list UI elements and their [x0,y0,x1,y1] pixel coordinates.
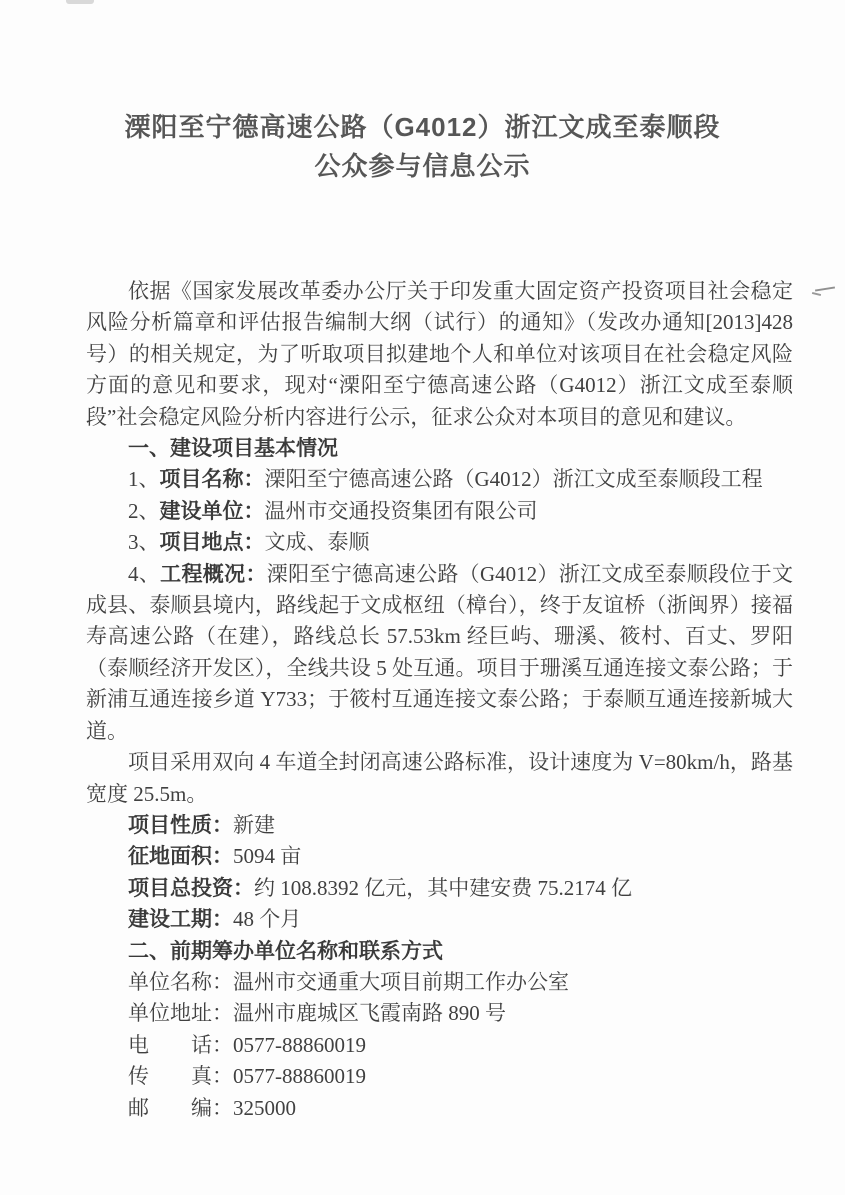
intro-paragraph: 依据《国家发展改革委办公厅关于印发重大固定资产投资项目社会稳定风险分析篇章和评估… [86,276,793,433]
document-body: 依据《国家发展改革委办公厅关于印发重大固定资产投资项目社会稳定风险分析篇章和评估… [86,276,793,1124]
fact-total-investment: 项目总投资：约 108.8392 亿元，其中建安费 75.2174 亿 [86,873,793,904]
item-project-name: 1、项目名称：溧阳至宁德高速公路（G4012）浙江文成至泰顺段工程 [86,464,793,495]
contact-label: 传 真： [128,1064,233,1088]
fact-construction-period: 建设工期：48 个月 [86,904,793,935]
item-number: 3、 [128,530,160,554]
contact-value: 0577-88860019 [233,1033,366,1057]
section1-heading: 一、建设项目基本情况 [86,433,793,464]
contact-postcode: 邮 编：325000 [86,1093,793,1124]
fact-label: 建设工期： [128,908,233,931]
item-number: 2、 [128,499,160,523]
fact-value: 5094 亩 [233,844,301,868]
section2-heading: 二、前期筹办单位名称和联系方式 [86,936,793,967]
fact-project-nature: 项目性质：新建 [86,810,793,841]
item-project-overview: 4、工程概况：溧阳至宁德高速公路（G4012）浙江文成至泰顺段位于文成县、泰顺县… [86,559,793,747]
contact-phone: 电 话：0577-88860019 [86,1030,793,1061]
contact-label: 单位名称： [128,970,233,994]
scan-artifact-stroke [815,286,835,291]
item-label: 建设单位： [160,500,265,523]
fact-land-area: 征地面积：5094 亩 [86,841,793,872]
contact-unit-address: 单位地址：温州市鹿城区飞霞南路 890 号 [86,998,793,1029]
fact-value: 48 个月 [233,907,301,931]
document-title: 溧阳至宁德高速公路（G4012）浙江文成至泰顺段 公众参与信息公示 [0,108,845,186]
contact-label: 电 话： [128,1033,233,1057]
contact-label: 邮 编： [128,1096,233,1120]
contact-label: 单位地址： [128,1001,233,1025]
contact-value: 温州市交通重大项目前期工作办公室 [233,970,569,994]
item-value: 溧阳至宁德高速公路（G4012）浙江文成至泰顺段位于文成县、泰顺县境内，路线起于… [86,562,793,743]
scan-smudge-top [66,0,94,4]
contact-value: 325000 [233,1096,296,1120]
item-value: 溧阳至宁德高速公路（G4012）浙江文成至泰顺段工程 [265,467,763,491]
item-label: 项目地点： [160,531,265,554]
document-title-line-1: 溧阳至宁德高速公路（G4012）浙江文成至泰顺段 [0,108,845,147]
contact-value: 0577-88860019 [233,1064,366,1088]
item-label: 工程概况： [160,563,267,586]
item-label: 项目名称： [160,468,265,491]
scan-artifact [812,285,838,297]
contact-value: 温州市鹿城区飞霞南路 890 号 [233,1001,506,1025]
item-construction-unit: 2、建设单位：温州市交通投资集团有限公司 [86,496,793,527]
fact-label: 项目性质： [128,814,233,837]
fact-value: 新建 [233,813,275,837]
fact-value: 约 108.8392 亿元，其中建安费 75.2174 亿 [254,876,632,900]
fact-label: 征地面积： [128,845,233,868]
item-number: 1、 [128,467,160,491]
contact-fax: 传 真：0577-88860019 [86,1061,793,1092]
document-title-line-2: 公众参与信息公示 [0,147,845,186]
fact-label: 项目总投资： [128,877,254,900]
scanned-document-page: 溧阳至宁德高速公路（G4012）浙江文成至泰顺段 公众参与信息公示 依据《国家发… [0,0,845,1195]
item-number: 4、 [128,562,160,586]
item-value: 温州市交通投资集团有限公司 [265,499,538,523]
scan-artifact-stroke [812,292,821,296]
contact-unit-name: 单位名称：温州市交通重大项目前期工作办公室 [86,967,793,998]
item-value: 文成、泰顺 [265,530,370,554]
item-project-location: 3、项目地点：文成、泰顺 [86,527,793,558]
spec-paragraph: 项目采用双向 4 车道全封闭高速公路标准，设计速度为 V=80km/h，路基宽度… [86,747,793,810]
